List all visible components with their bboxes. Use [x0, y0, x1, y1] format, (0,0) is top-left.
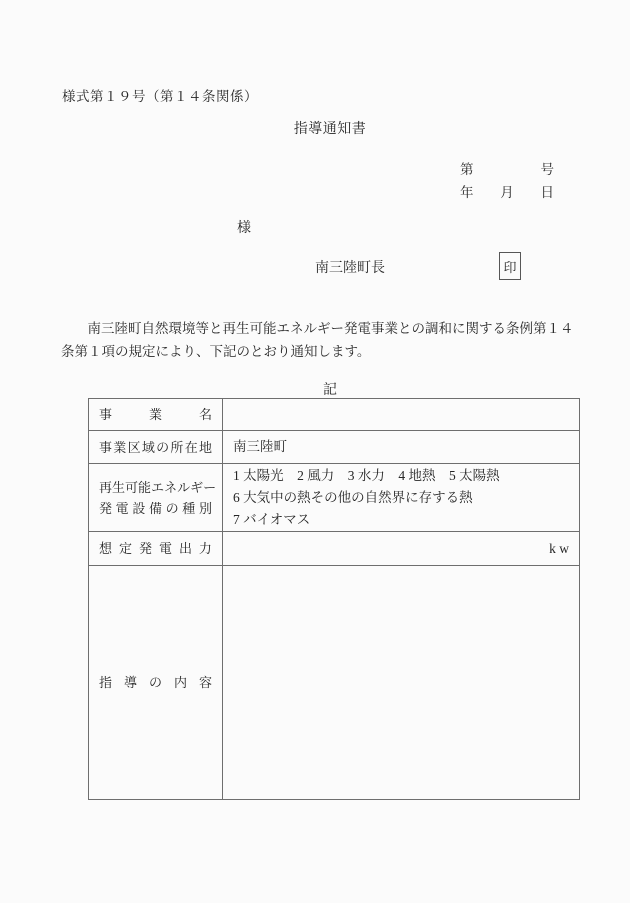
document-title: 指導通知書 [30, 118, 630, 138]
date-line: 年 月 日 [460, 181, 554, 201]
row-label-cell: 指導の内容 [89, 566, 223, 799]
body-line: 条第１項の規定により、下記のとおり通知します。 [61, 340, 583, 363]
row-label-cell: 想定発電出力 [89, 532, 223, 565]
row-label: 事業名 [99, 404, 212, 425]
row-label: 事業区域の所在地 [99, 437, 212, 458]
power-output-value: k w [223, 532, 579, 565]
seal-box: 印 [499, 252, 521, 280]
recipient-honorific: 様 [237, 217, 251, 237]
date-year-label: 年 [460, 181, 474, 201]
business-location-value: 南三陸町 [223, 431, 579, 463]
row-label-cell: 再生可能エネルギー 発電設備の種別 [89, 464, 223, 531]
form-table: 事業名 事業区域の所在地 南三陸町 再生可能エネルギー 発電設備の種別 1 太陽… [88, 398, 580, 800]
form-number: 様式第１９号（第１４条関係） [62, 85, 258, 105]
business-name-value [223, 399, 579, 430]
guidance-content-value [223, 566, 579, 799]
date-day-label: 日 [541, 181, 555, 201]
sender-title: 南三陸町長 [315, 257, 385, 277]
record-marker: 記 [30, 379, 630, 399]
row-label: 想定発電出力 [99, 538, 212, 559]
row-value: 6 大気中の熱その他の自然界に存する熱 [233, 487, 569, 509]
power-output-row: 想定発電出力 k w [89, 532, 579, 566]
doc-number-suffix: 号 [541, 158, 555, 178]
row-value: 南三陸町 [233, 436, 569, 458]
row-label-cell: 事業区域の所在地 [89, 431, 223, 463]
doc-number-line: 第 号 [460, 158, 554, 178]
guidance-content-row: 指導の内容 [89, 566, 579, 799]
business-location-row: 事業区域の所在地 南三陸町 [89, 431, 579, 464]
row-value: 1 太陽光 2 風力 3 水力 4 地熱 5 太陽熱 [233, 465, 569, 487]
row-value: 7 バイオマス [233, 509, 569, 531]
seal-label: 印 [503, 257, 516, 276]
body-paragraph: 南三陸町自然環境等と再生可能エネルギー発電事業との調和に関する条例第１４ 条第１… [61, 317, 583, 363]
row-label-cell: 事業名 [89, 399, 223, 430]
equipment-type-value: 1 太陽光 2 風力 3 水力 4 地熱 5 太陽熱 6 大気中の熱その他の自然… [223, 464, 579, 531]
row-label: 再生可能エネルギー [99, 477, 212, 498]
body-line: 南三陸町自然環境等と再生可能エネルギー発電事業との調和に関する条例第１４ [61, 317, 583, 340]
row-label: 指導の内容 [99, 672, 212, 693]
doc-number-prefix: 第 [460, 158, 474, 178]
document-page: 様式第１９号（第１４条関係） 指導通知書 第 号 年 月 日 様 南三陸町長 印… [0, 0, 630, 903]
power-output-unit: k w [549, 538, 569, 560]
equipment-type-row: 再生可能エネルギー 発電設備の種別 1 太陽光 2 風力 3 水力 4 地熱 5… [89, 464, 579, 532]
date-month-label: 月 [500, 181, 514, 201]
row-label: 発電設備の種別 [99, 498, 212, 519]
business-name-row: 事業名 [89, 399, 579, 431]
